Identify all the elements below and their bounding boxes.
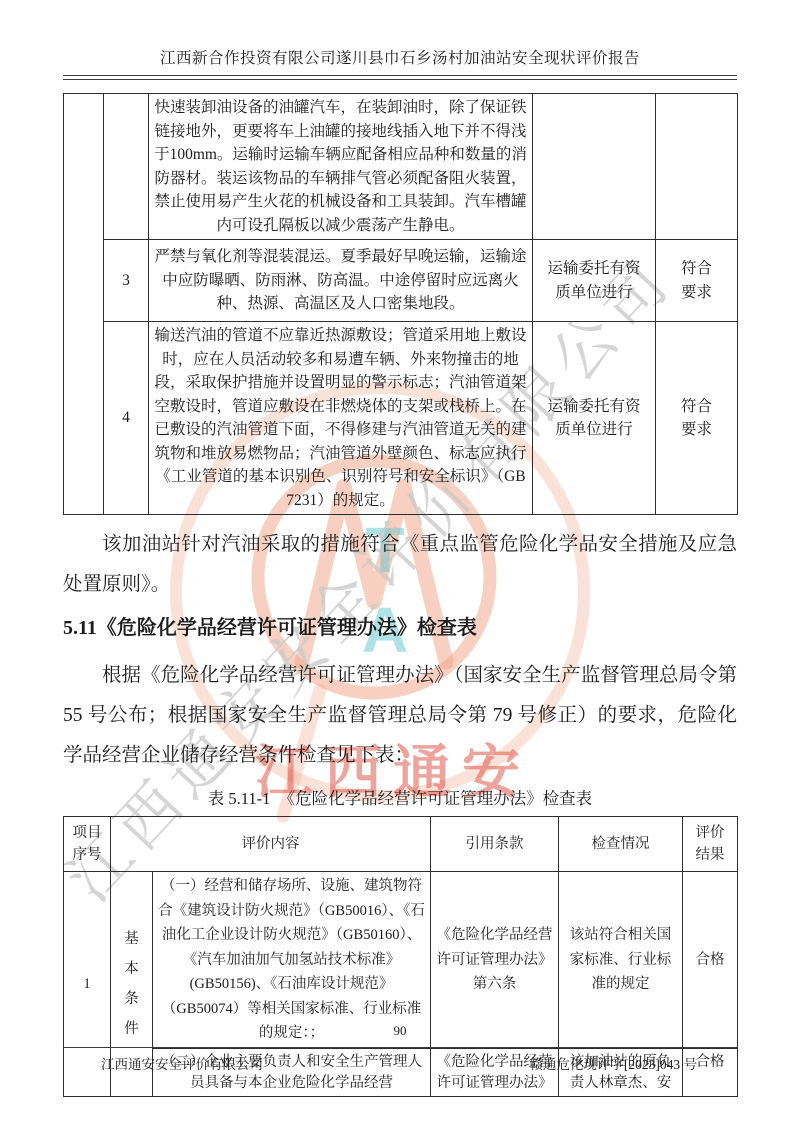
result-cell (656, 94, 738, 240)
check-situation-cell: 运输委托有资质单位进行 (533, 240, 656, 322)
page-header-title: 江西新合作投资有限公司遂川县巾石乡汤村加油站安全现状评价报告 (63, 46, 737, 68)
intro-paragraph: 根据《危险化学品经营许可证管理办法》（国家安全生产监督管理总局令第 55 号公布… (63, 656, 737, 776)
table-row: 4 输送汽油的管道不应靠近热源敷设；管道采用地上敷设时，应在人员活动较多和易遭车… (64, 322, 738, 515)
column-header-result: 评价结果 (683, 817, 738, 872)
page-number: 90 (0, 1023, 800, 1039)
measure-content-cell: 输送汽油的管道不应靠近热源敷设；管道采用地上敷设时，应在人员活动较多和易遭车辆、… (149, 322, 533, 515)
page-footer: 江西通安安全评价有限公司 赣通危化现评字[2023]043 号 (63, 1053, 737, 1073)
transport-measures-table: 快速装卸油设备的油罐汽车，在装卸油时，除了保证铁链接地外，更要将车上油罐的接地线… (63, 93, 738, 515)
check-situation-cell (533, 94, 656, 240)
result-cell: 符合要求 (656, 322, 738, 515)
check-situation-cell: 该站符合相关国家标准、行业标准的规定 (559, 872, 683, 1049)
column-header-content: 评价内容 (111, 817, 431, 872)
table-row: 1 基本条件 （一）经营和储存场所、设施、建筑物符合《建筑设计防火规范》（GB5… (64, 872, 738, 1049)
header-double-rule (63, 75, 737, 80)
measure-content-cell: 快速装卸油设备的油罐汽车，在装卸油时，除了保证铁链接地外，更要将车上油罐的接地线… (149, 94, 533, 240)
footer-rule (63, 1047, 737, 1048)
column-header-item-number: 项目序号 (64, 817, 111, 872)
measure-content-cell: 严禁与氧化剂等混装混运。夏季最好早晚运输，运输途中应防曝晒、防雨淋、防高温。中途… (149, 240, 533, 322)
footer-company: 江西通安安全评价有限公司 (101, 1053, 263, 1073)
section-heading: 5.11《危险化学品经营许可证管理办法》检查表 (63, 610, 737, 646)
table-header-row: 项目序号 评价内容 引用条款 检查情况 评价结果 (64, 817, 738, 872)
row-number-cell (104, 94, 149, 240)
clause-cell: 《危险化学品经营许可证管理办法》第六条 (431, 872, 559, 1049)
document-page: 江西新合作投资有限公司遂川县巾石乡汤村加油站安全现状评价报告 快速装卸油设备的油… (0, 46, 800, 1097)
conclusion-paragraph: 该加油站针对汽油采取的措施符合《重点监管危险化学品安全措施及应急处置原则》。 (63, 525, 737, 605)
column-header-check: 检查情况 (559, 817, 683, 872)
result-cell: 合格 (683, 872, 738, 1049)
table-row: 3 严禁与氧化剂等混装混运。夏季最好早晚运输，运输途中应防曝晒、防雨淋、防高温。… (64, 240, 738, 322)
row-number-cell: 4 (104, 322, 149, 515)
footer-doc-number: 赣通危化现评字[2023]043 号 (529, 1053, 697, 1073)
check-situation-cell: 运输委托有资质单位进行 (533, 322, 656, 515)
evaluation-content-cell: （一）经营和储存场所、设施、建筑物符合《建筑设计防火规范》（GB50016）、《… (153, 872, 431, 1049)
row-number-cell: 3 (104, 240, 149, 322)
result-cell: 符合要求 (656, 240, 738, 322)
category-spacer-cell (64, 94, 104, 515)
table-caption: 表 5.11-1 《危险化学品经营许可证管理办法》检查表 (63, 785, 737, 809)
table-row: 快速装卸油设备的油罐汽车，在装卸油时，除了保证铁链接地外，更要将车上油罐的接地线… (64, 94, 738, 240)
column-header-clause: 引用条款 (431, 817, 559, 872)
